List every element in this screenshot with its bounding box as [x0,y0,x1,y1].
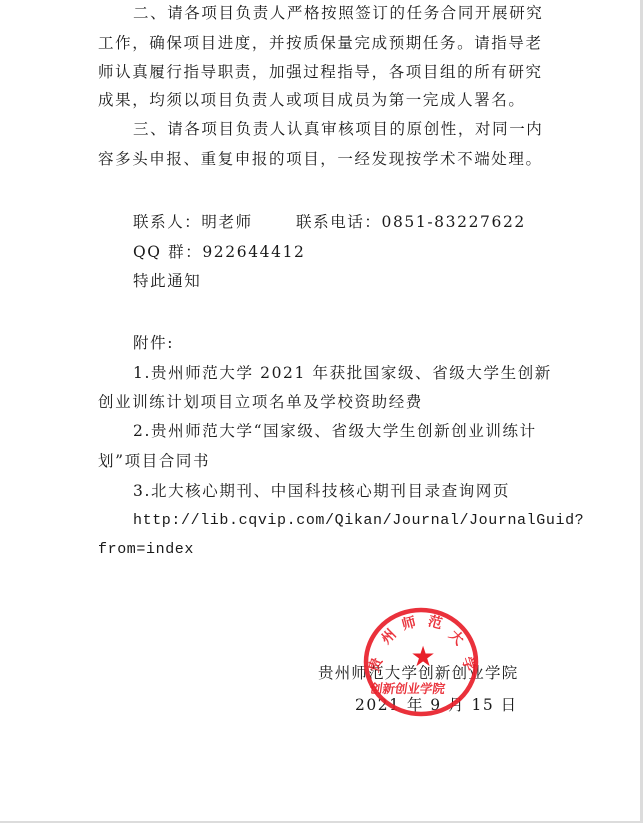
attachment-url-line-2[interactable]: from=index [98,540,194,560]
seal-arc-char-4: 范 [426,612,444,632]
attachment-2-line-1: 2.贵州师范大学“国家级、省级大学生创新创业训练计 [133,421,537,441]
contact-person: 联系人：明老师 [133,212,253,232]
paragraph-2-line-2: 工作，确保项目进度，并按质保量完成预期任务。请指导老 [98,33,543,53]
paragraph-3-line-2: 容多头申报、重复申报的项目，一经发现按学术不端处理。 [98,149,543,169]
paragraph-3-line-1: 三、请各项目负责人认真审核项目的原创性，对同一内 [133,119,543,139]
paragraph-2-line-4: 成果，均须以项目负责人或项目成员为第一完成人署名。 [98,90,526,110]
contact-qq-group: QQ 群：922644412 [133,242,306,262]
attachment-1-line-1: 1.贵州师范大学 2021 年获批国家级、省级大学生创新 [133,363,552,383]
signature-organization: 贵州师范大学创新创业学院 [318,663,518,683]
contact-phone: 联系电话：0851-83227622 [296,212,526,232]
document-page: 二、请各项目负责人严格按照签订的任务合同开展研究 工作，确保项目进度，并按质保量… [0,0,640,821]
attachment-3-line-1: 3.北大核心期刊、中国科技核心期刊目录查询网页 [133,481,510,501]
attachment-url-line-1[interactable]: http://lib.cqvip.com/Qikan/Journal/Journ… [133,511,584,531]
paragraph-2-line-3: 师认真履行指导职责，加强过程指导，各项目组的所有研究 [98,62,543,82]
seal-bottom-text: 创新创业学院 [368,681,446,696]
signature-date: 2021 年 9 月 15 日 [355,695,518,715]
seal-arc-char-5: 大 [445,627,467,649]
paragraph-2-line-1: 二、请各项目负责人严格按照签订的任务合同开展研究 [133,3,543,23]
seal-arc-char-3: 师 [400,613,418,633]
attachment-2-line-2: 划”项目合同书 [98,451,210,471]
closing-notice: 特此通知 [133,271,201,291]
seal-arc-char-2: 州 [378,626,399,647]
attachments-heading: 附件: [133,333,174,353]
attachment-1-line-2: 创业训练计划项目立项名单及学校资助经费 [98,392,423,412]
